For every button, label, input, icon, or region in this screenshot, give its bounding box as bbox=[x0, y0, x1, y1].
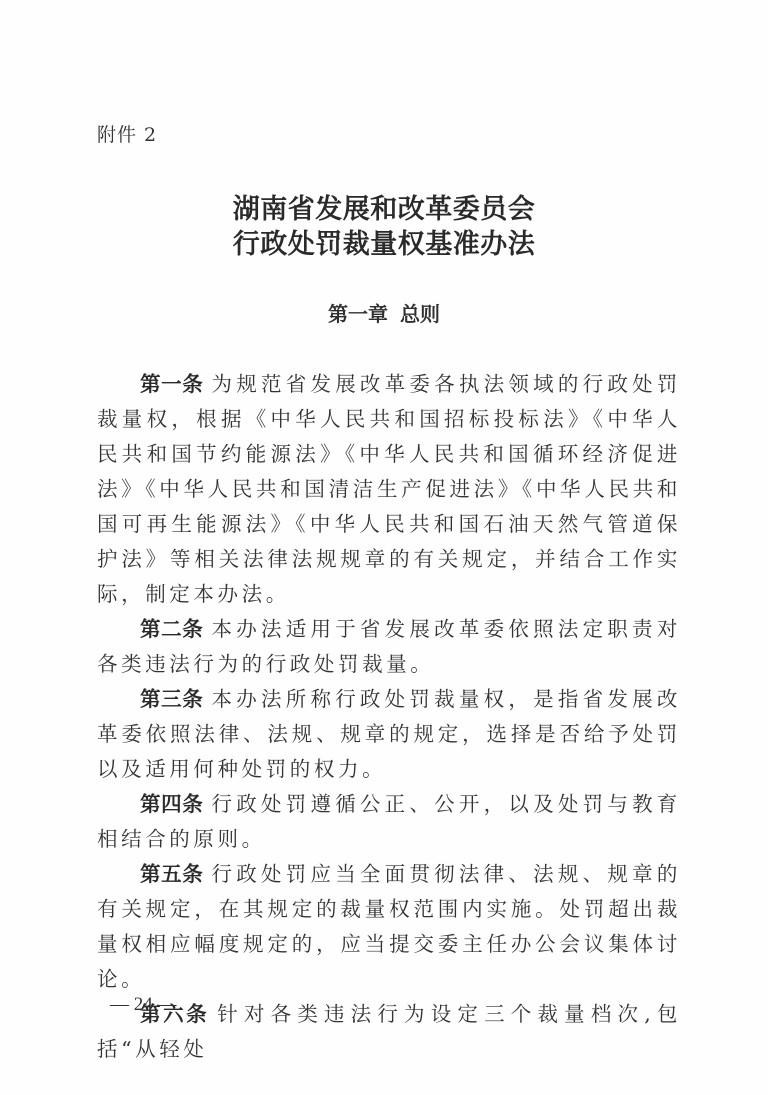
article-number: 第五条 bbox=[140, 862, 203, 886]
article-text: 为规范省发展改革委各执法领域的行政处罚裁量权，根据《中华人民共和国招标投标法》《… bbox=[97, 372, 681, 606]
chapter-number: 第一章 bbox=[328, 302, 388, 326]
article-number: 第四条 bbox=[140, 792, 203, 816]
document-body: 第一条为规范省发展改革委各执法领域的行政处罚裁量权，根据《中华人民共和国招标投标… bbox=[97, 367, 681, 1067]
article-3: 第三条本办法所称行政处罚裁量权，是指省发展改革委依照法律、法规、规章的规定，选择… bbox=[97, 682, 681, 787]
document-title-line-1: 湖南省发展和改革委员会 bbox=[0, 192, 768, 227]
chapter-heading: 第一章总则 bbox=[0, 300, 768, 328]
article-number: 第一条 bbox=[140, 372, 203, 396]
page-number: — 24 — bbox=[110, 993, 177, 1017]
document-title-line-2: 行政处罚裁量权基准办法 bbox=[0, 227, 768, 262]
article-number: 第三条 bbox=[140, 687, 203, 711]
article-number: 第二条 bbox=[140, 617, 203, 641]
article-5: 第五条行政处罚应当全面贯彻法律、法规、规章的有关规定，在其规定的裁量权范围内实施… bbox=[97, 857, 681, 997]
article-1: 第一条为规范省发展改革委各执法领域的行政处罚裁量权，根据《中华人民共和国招标投标… bbox=[97, 367, 681, 612]
chapter-name: 总则 bbox=[400, 302, 440, 326]
article-6: 第六条针对各类违法行为设定三个裁量档次,包括“从轻处 bbox=[97, 997, 681, 1067]
article-2: 第二条本办法适用于省发展改革委依照法定职责对各类违法行为的行政处罚裁量。 bbox=[97, 612, 681, 682]
attachment-label: 附件 2 bbox=[97, 123, 157, 147]
article-4: 第四条行政处罚遵循公正、公开，以及处罚与教育相结合的原则。 bbox=[97, 787, 681, 857]
